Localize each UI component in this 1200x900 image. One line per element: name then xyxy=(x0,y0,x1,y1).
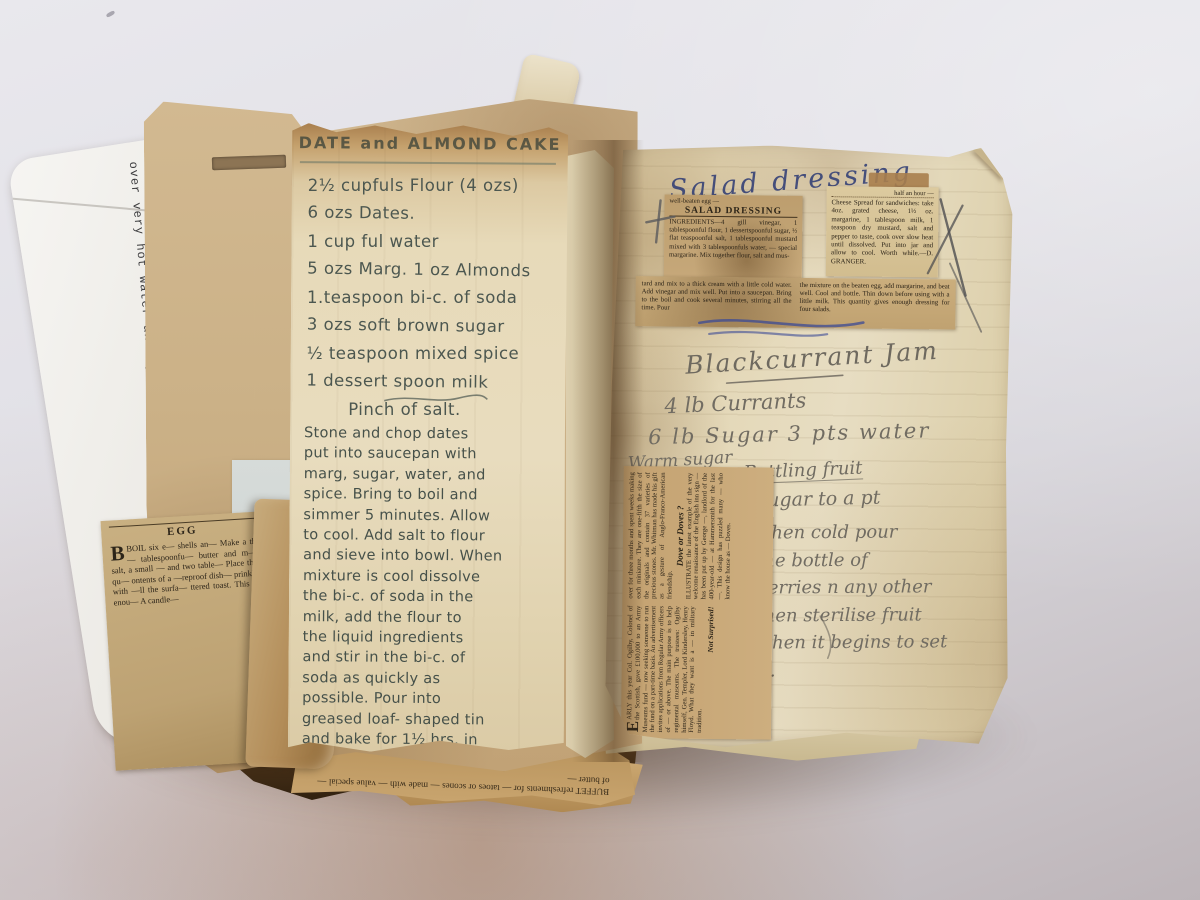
method-line: greased loaf- shaped tin xyxy=(302,709,554,731)
bottling-line: berries n any other xyxy=(756,573,996,602)
right-page: Salad dressing well-beaten egg — SALAD D… xyxy=(605,144,1013,750)
dog-ear-corner xyxy=(970,149,1006,181)
cheese-clipping-body: Cheese Spread for sandwiches: take 4oz. … xyxy=(831,199,934,267)
ingredient-line: 5 ozs Marg. 1 oz Almonds xyxy=(307,254,557,285)
dressing-column-1: tard and mix to a thick cream with a lit… xyxy=(641,280,791,324)
method-line: possible. Pour into xyxy=(302,688,554,710)
ingredient-line: 6 ozs Dates. xyxy=(307,199,557,230)
method-line: soda as quickly as xyxy=(302,668,554,690)
army-clipping-column-2: over for three months and spent weeks ma… xyxy=(627,472,768,600)
tape-fragment xyxy=(212,155,286,171)
salad-dressing-clipping: well-beaten egg — SALAD DRESSING INGREDI… xyxy=(664,194,803,289)
ingredient-line: 1 cup ful water xyxy=(307,228,557,256)
drop-cap: E xyxy=(626,721,640,732)
jam-note-line: sugar to a pt xyxy=(757,487,880,512)
clipping-intro: well-beaten egg — xyxy=(670,198,798,206)
army-clipping-text: ARLY this year Col. Ogilby, Colonel of t… xyxy=(626,606,703,733)
sideways-newspaper-clipping: EARLY this year Col. Ogilby, Colonel of … xyxy=(621,466,774,740)
recipe-title: DATE and ALMOND CAKE xyxy=(292,133,568,154)
bottling-line: when cold pour xyxy=(756,518,996,547)
cheese-spread-clipping: half an hour — Cheese Spread for sandwic… xyxy=(826,186,939,277)
bottling-line: when it begins to set xyxy=(757,628,997,657)
bottling-instructions: when cold pour the bottle of berries n a… xyxy=(756,518,997,685)
pen-squiggle xyxy=(380,392,490,407)
dressing-column-2: the mixture on the beaten egg, add marga… xyxy=(799,282,949,326)
method-line: Stone and chop dates xyxy=(304,423,556,445)
ingredient-line: 3 ozs soft brown sugar xyxy=(307,310,557,341)
salad-clipping-body: INGREDIENTS—4 gill vinegar, 1 tablespoon… xyxy=(669,219,797,261)
method-line: spice. Bring to boil and xyxy=(304,484,556,506)
method-line: and sieve into bowl. When xyxy=(303,546,555,568)
egg-clipping-body: BBOIL six e— shells an— Make a th— table… xyxy=(110,536,260,608)
method-line: put into saucepan with xyxy=(304,444,556,466)
sideways-clipping-text: EARLY this year Col. Ogilby, Colonel of … xyxy=(621,466,774,740)
ingredient-line: 2½ cupfuls Flour (4 ozs) xyxy=(308,172,558,200)
ingredients-list: 2½ cupfuls Flour (4 ozs) 6 ozs Dates. 1 … xyxy=(306,171,558,425)
dove-clipping-body: ILLUSTRATE the latest example of the ver… xyxy=(685,473,732,600)
method-line: to cool. Add salt to flour xyxy=(303,525,555,547)
dove-clipping-top: over for three months and spent weeks ma… xyxy=(627,472,673,599)
title-underline xyxy=(300,161,556,165)
dressing-continuation-clipping: tard and mix to a thick cream with a lit… xyxy=(635,276,956,329)
scrapbook-photo: the cake through the centre and thick. L… xyxy=(0,0,1200,900)
drop-cap: B xyxy=(110,544,125,563)
bottling-line: then sterilise fruit xyxy=(756,600,996,629)
method-line: mixture is cool dissolve xyxy=(303,566,555,588)
method-text: Stone and chop dates put into saucepan w… xyxy=(302,423,556,751)
dove-or-doves-headline: Dove or Doves ? xyxy=(676,473,685,600)
method-line: marg, sugar, water, and xyxy=(304,464,556,486)
method-line: the liquid ingredients xyxy=(303,627,555,649)
method-line: milk, add the flour to xyxy=(303,607,555,629)
method-line: simmer 5 minutes. Allow xyxy=(303,505,555,527)
army-clipping-column-1: EARLY this year Col. Ogilby, Colonel of … xyxy=(626,606,767,734)
method-line: the bi-c. of soda in the xyxy=(303,586,555,608)
blackcurrant-jam-title: Blackcurrant Jam xyxy=(684,334,975,380)
bottling-line: the bottle of xyxy=(756,545,996,574)
method-line: and stir in the bi-c. of xyxy=(302,648,554,670)
bottling-line: it. xyxy=(757,655,997,684)
ingredient-line: ½ teaspoon mixed spice xyxy=(307,340,557,368)
ingredient-line: 1.teaspoon bi-c. of soda xyxy=(307,284,557,312)
background-speck xyxy=(106,10,116,18)
jam-ingredient-line: 6 lb Sugar 3 pts water xyxy=(648,418,931,449)
jam-ingredient-line: 4 lb Currants xyxy=(664,388,807,418)
salad-clipping-heading: SALAD DRESSING xyxy=(669,206,797,218)
clipping-intro: half an hour — xyxy=(832,189,934,198)
army-clipping-footer: Not Surprised! xyxy=(706,606,715,733)
recipe-strip: DATE and ALMOND CAKE 2½ cupfuls Flour (4… xyxy=(288,123,568,753)
egg-clipping-text: BOIL six e— shells an— Make a th— tables… xyxy=(111,536,259,607)
